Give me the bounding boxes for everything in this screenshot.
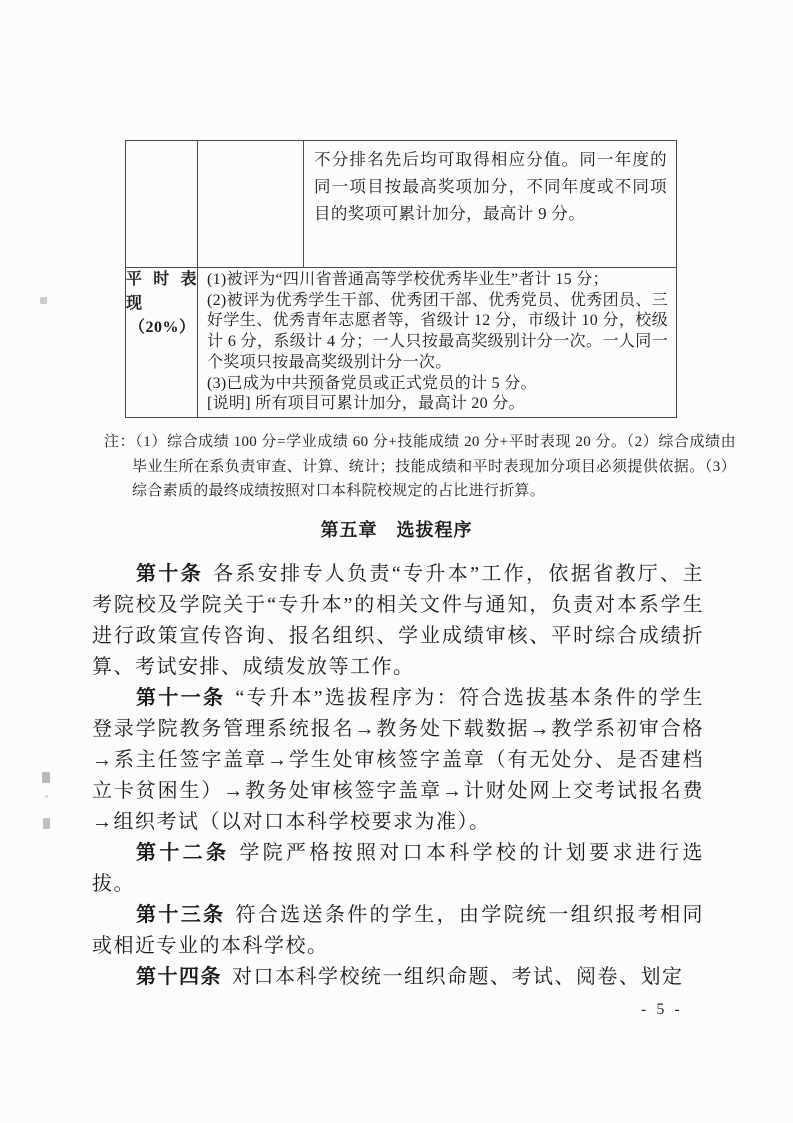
table-cell-empty — [198, 141, 304, 268]
score-criteria-table: 不分排名先后均可取得相应分值。同一年度的同一项目按最高奖项加分，不同年度或不同项… — [125, 140, 677, 418]
body-text: 第十条各系安排专人负责“专升本”工作，依据省教厅、主考院校及学院关于“专升本”的… — [92, 559, 704, 993]
document-page: 不分排名先后均可取得相应分值。同一年度的同一项目按最高奖项加分，不同年度或不同项… — [0, 0, 793, 1123]
scan-artifact — [45, 795, 48, 798]
criteria-item: [说明] 所有项目可累计加分，最高计 20 分。 — [207, 394, 668, 415]
page-number: - 5 - — [641, 1001, 683, 1019]
scan-artifact — [40, 297, 47, 304]
category-weight: （20%） — [126, 316, 197, 340]
paragraph-article-11: 第十一条“专升本”选拔程序为：符合选拔基本条件的学生登录学院教务管理系统报名→教… — [92, 683, 704, 838]
table-note: 注：（1）综合成绩 100 分=学业成绩 60 分+技能成绩 20 分+平时表现… — [104, 430, 736, 504]
paragraph-article-14: 第十四条对口本科学校统一组织命题、考试、阅卷、划定 — [92, 962, 704, 993]
table-row: 不分排名先后均可取得相应分值。同一年度的同一项目按最高奖项加分，不同年度或不同项… — [126, 141, 677, 268]
article-number: 第十一条 — [136, 687, 225, 709]
scan-artifact — [42, 772, 50, 783]
article-number: 第十四条 — [136, 966, 222, 988]
article-number: 第十条 — [136, 563, 203, 585]
paragraph-article-10: 第十条各系安排专人负责“专升本”工作，依据省教厅、主考院校及学院关于“专升本”的… — [92, 559, 704, 683]
article-number: 第十二条 — [136, 842, 229, 864]
table-cell-empty — [126, 141, 198, 268]
scan-artifact — [43, 818, 50, 829]
category-label: 平 时 表现 — [126, 268, 197, 316]
criteria-item: (1)被评为“四川省普通高等学校优秀毕业生”者计 15 分； — [207, 270, 668, 291]
paragraph-article-13: 第十三条符合选送条件的学生，由学院统一组织报考相同或相近专业的本科学校。 — [92, 900, 704, 962]
paragraph-article-12: 第十二条学院严格按照对口本科学校的计划要求进行选拔。 — [92, 838, 704, 900]
table-cell-award-rule: 不分排名先后均可取得相应分值。同一年度的同一项目按最高奖项加分，不同年度或不同项… — [304, 141, 677, 268]
table-cell-criteria: (1)被评为“四川省普通高等学校优秀毕业生”者计 15 分； (2)被评为优秀学… — [198, 268, 677, 418]
chapter-heading: 第五章 选拔程序 — [0, 516, 793, 542]
article-number: 第十三条 — [136, 904, 225, 926]
table-row: 平 时 表现 （20%） (1)被评为“四川省普通高等学校优秀毕业生”者计 15… — [126, 268, 677, 418]
criteria-item: (3)已成为中共预备党员或正式党员的计 5 分。 — [207, 374, 668, 395]
criteria-item: (2)被评为优秀学生干部、优秀团干部、优秀党员、优秀团员、三好学生、优秀青年志愿… — [207, 291, 668, 374]
article-text: 对口本科学校统一组织命题、考试、阅卷、划定 — [232, 966, 684, 988]
table-cell-category: 平 时 表现 （20%） — [126, 268, 198, 418]
